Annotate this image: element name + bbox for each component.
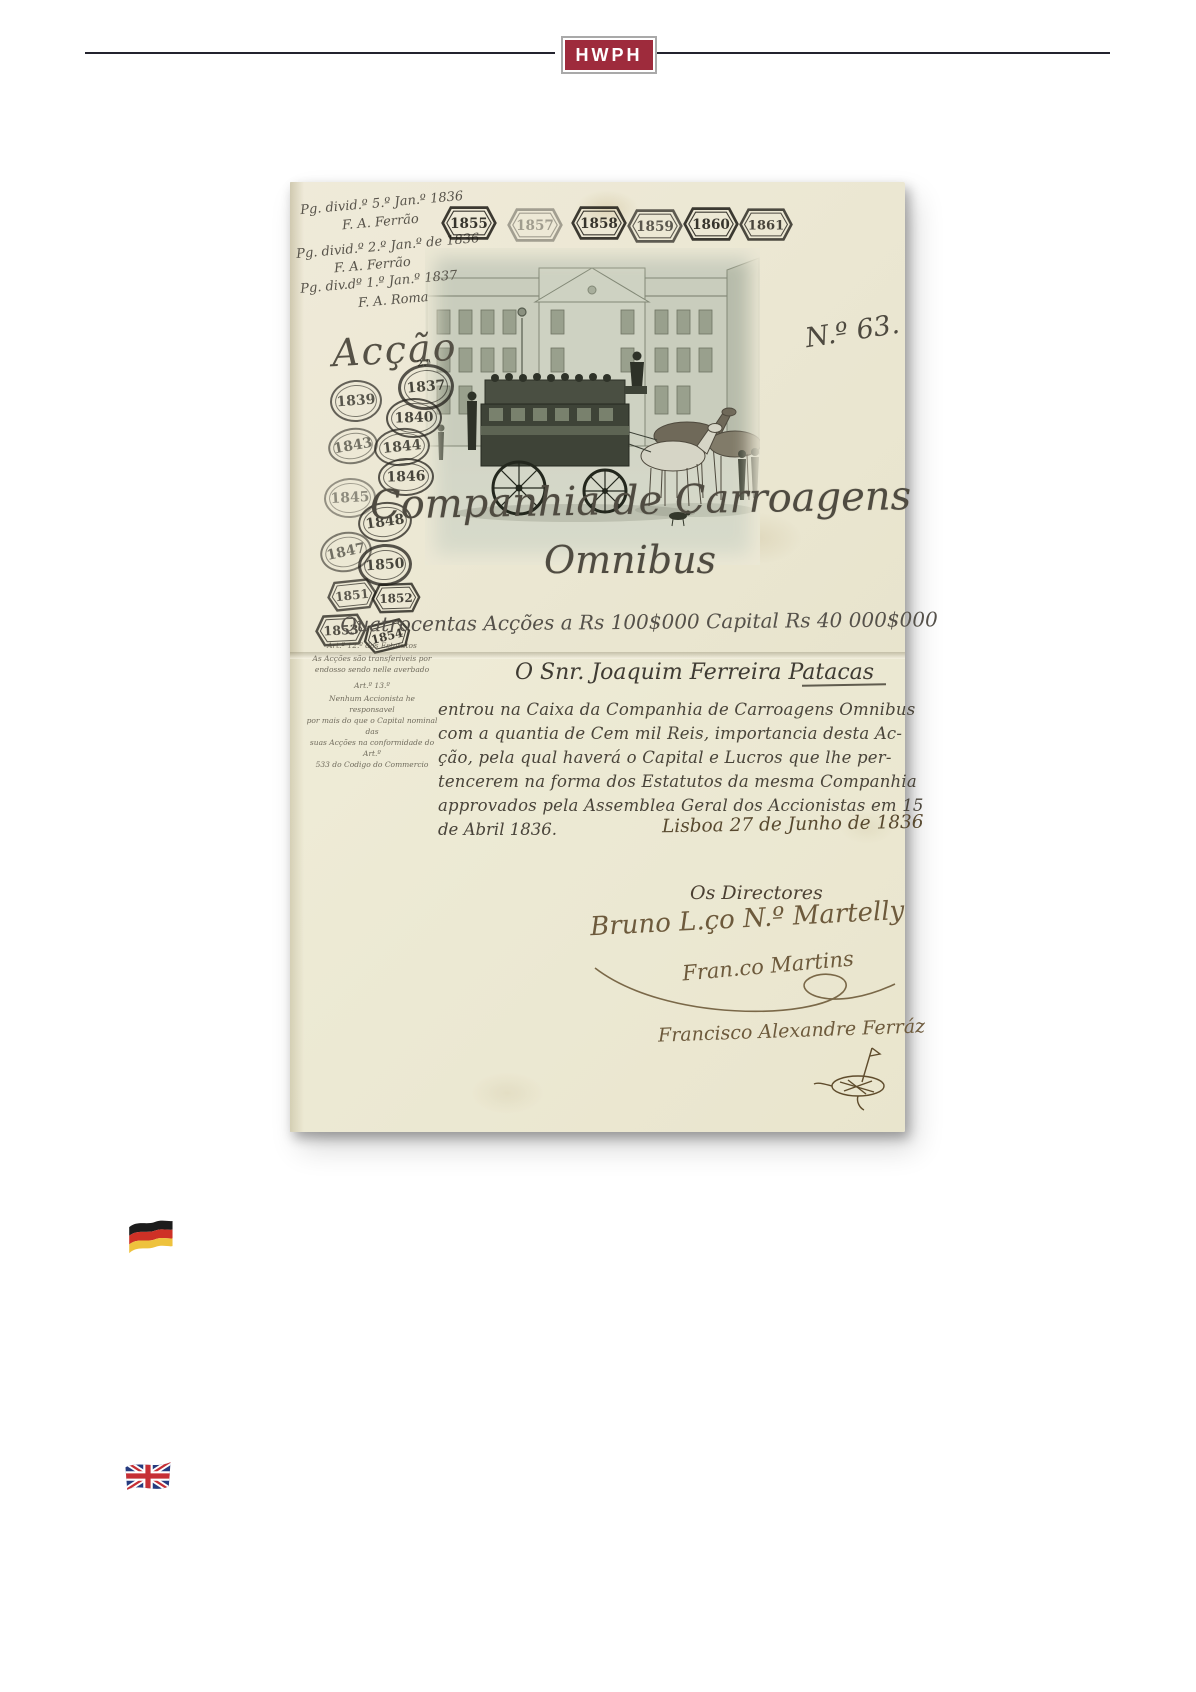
year-stamp-hexagon: 1859	[626, 207, 684, 245]
annotation-line: F. A. Roma	[357, 290, 429, 311]
shareholder-name: O Snr. Joaquim Ferreira Patacas	[515, 660, 874, 685]
union-jack-flag-icon	[122, 1456, 174, 1496]
svg-text:1861: 1861	[748, 218, 785, 233]
body-line: entrou na Caixa da Companhia de Carroage…	[438, 700, 915, 719]
margin-note-line: por mais do que o Capital nominal das	[306, 715, 438, 737]
year-stamp-hexagon: 1852	[369, 581, 422, 615]
svg-text:1852: 1852	[379, 591, 413, 606]
margin-note-line: Art.º 12.º dos Estatutos	[306, 640, 438, 651]
svg-text:1855: 1855	[450, 216, 488, 232]
svg-text:1851: 1851	[334, 587, 369, 604]
ink-doodle-icon	[810, 1038, 906, 1112]
year-stamp-hexagon: 1860	[682, 205, 740, 243]
body-line: tencerem na forma dos Estatutos da mesma…	[438, 772, 917, 791]
approval-date: de Abril 1836.	[438, 820, 557, 839]
year-stamp-oval: 1843	[325, 424, 380, 468]
hwph-logo: HWPH	[561, 36, 657, 74]
margin-note-line: As Acções são transferiveis por	[306, 653, 438, 664]
hwph-logo-box: HWPH	[565, 40, 653, 70]
hwph-logo-text: HWPH	[576, 45, 643, 66]
year-stamp-oval: 1839	[329, 378, 384, 424]
svg-text:1859: 1859	[636, 219, 674, 235]
body-line: ção, pela qual haverá o Capital e Lucros…	[438, 748, 892, 767]
company-name-line2: Omnibus	[370, 538, 890, 582]
header-rule-left	[85, 52, 555, 54]
margin-note-line: Art.º 13.º	[306, 680, 438, 691]
year-stamp-hexagon: 1858	[570, 204, 628, 242]
share-certificate: Pg. divid.º 5.º Jan.º 1836 F. A. Ferrão …	[290, 182, 905, 1132]
svg-text:1857: 1857	[516, 218, 554, 234]
svg-text:1858: 1858	[580, 216, 618, 232]
margin-note-line: endosso sendo nelle averbado	[306, 664, 438, 675]
company-name-line1: Companhia de Carroagens	[370, 473, 891, 528]
german-flag-icon	[124, 1212, 176, 1256]
annotation-line: F. A. Ferrão	[341, 212, 419, 234]
stamp-overline: 2.ª	[417, 360, 432, 370]
signature-flourish-icon	[585, 962, 905, 1026]
statutes-margin-note: Art.º 12.º dos Estatutos As Acções são t…	[306, 640, 438, 770]
margin-note-line: Nenhum Accionista he responsavel	[306, 693, 438, 715]
svg-text:1860: 1860	[692, 217, 730, 233]
share-number: N.º 63.	[803, 309, 901, 354]
year-stamp-hexagon: 1861	[738, 206, 794, 243]
margin-note-line: 533 do Codigo do Commercio	[306, 759, 438, 770]
margin-note-line: suas Acções na conformidade do Art.º	[306, 737, 438, 759]
year-stamp-hexagon: 1855	[440, 204, 498, 242]
year-stamp-hexagon: 1857	[506, 206, 564, 244]
catalog-page: HWPH	[0, 0, 1196, 1692]
capital-line: Quatrocentas Acções a Rs 100$000 Capital…	[340, 608, 900, 637]
body-line: com a quantia de Cem mil Reis, importanc…	[438, 724, 902, 743]
header-rule-right	[655, 52, 1110, 54]
